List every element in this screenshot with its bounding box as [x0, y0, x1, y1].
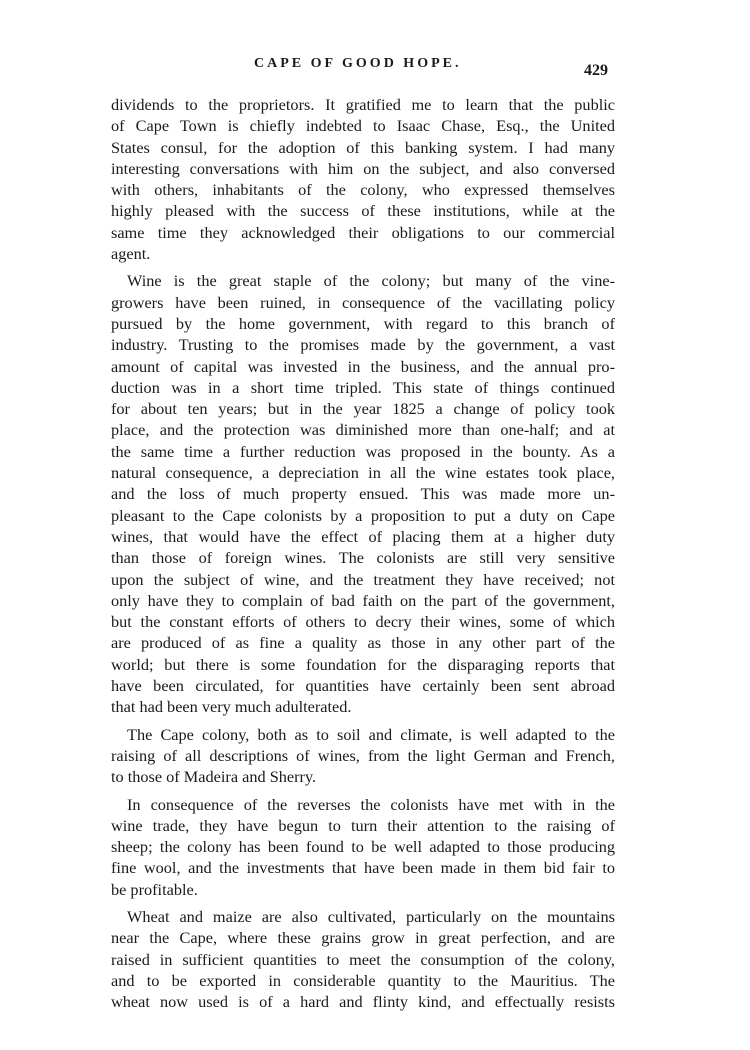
text-line: wines, that would have the effect of pla… [111, 526, 615, 547]
text-line: dividends to the proprietors. It gratifi… [111, 94, 615, 115]
paragraph: Wine is the great staple of the colony; … [111, 270, 615, 717]
text-line: have been circulated, for quantities hav… [111, 675, 615, 696]
text-line: agent. [111, 243, 615, 264]
book-page: CAPE OF GOOD HOPE. 429 dividends to the … [0, 0, 750, 1050]
body-text: dividends to the proprietors. It gratifi… [111, 94, 615, 1012]
text-line: near the Cape, where these grains grow i… [111, 927, 615, 948]
paragraph: In consequence of the reverses the colon… [111, 794, 615, 900]
text-line: amount of capital was invested in the bu… [111, 356, 615, 377]
text-line: upon the subject of wine, and the treatm… [111, 569, 615, 590]
text-line: highly pleased with the success of these… [111, 200, 615, 221]
text-line: In consequence of the reverses the colon… [111, 794, 615, 815]
text-line: but the constant efforts of others to de… [111, 611, 615, 632]
text-line: are produced of as fine a quality as tho… [111, 632, 615, 653]
text-line: place, and the protection was diminished… [111, 419, 615, 440]
text-line: and to be exported in considerable quant… [111, 970, 615, 991]
text-line: pursued by the home government, with reg… [111, 313, 615, 334]
paragraph: The Cape colony, both as to soil and cli… [111, 724, 615, 788]
text-line: than those of foreign wines. The colonis… [111, 547, 615, 568]
text-line: with others, inhabitants of the colony, … [111, 179, 615, 200]
text-line: duction was in a short time tripled. Thi… [111, 377, 615, 398]
text-line: Wheat and maize are also cultivated, par… [111, 906, 615, 927]
text-line: raising of all descriptions of wines, fr… [111, 745, 615, 766]
text-line: pleasant to the Cape colonists by a prop… [111, 505, 615, 526]
running-title: CAPE OF GOOD HOPE. [254, 56, 461, 72]
text-line: sheep; the colony has been found to be w… [111, 836, 615, 857]
text-line: growers have been ruined, in consequence… [111, 292, 615, 313]
text-line: interesting conversations with him on th… [111, 158, 615, 179]
page-header: CAPE OF GOOD HOPE. 429 [0, 56, 750, 80]
text-line: natural consequence, a depreciation in a… [111, 462, 615, 483]
text-line: only have they to complain of bad faith … [111, 590, 615, 611]
text-line: and the loss of much property ensued. Th… [111, 483, 615, 504]
text-line: for about ten years; but in the year 182… [111, 398, 615, 419]
text-line: world; but there is some foundation for … [111, 654, 615, 675]
text-line: to those of Madeira and Sherry. [111, 766, 615, 787]
text-line: be profitable. [111, 879, 615, 900]
paragraph: dividends to the proprietors. It gratifi… [111, 94, 615, 264]
text-line: wheat now used is of a hard and flinty k… [111, 991, 615, 1012]
text-line: The Cape colony, both as to soil and cli… [111, 724, 615, 745]
paragraph: Wheat and maize are also cultivated, par… [111, 906, 615, 1012]
text-line: fine wool, and the investments that have… [111, 857, 615, 878]
page-number: 429 [584, 62, 608, 80]
text-line: that had been very much adulterated. [111, 696, 615, 717]
text-line: of Cape Town is chiefly indebted to Isaa… [111, 115, 615, 136]
text-line: raised in sufficient quantities to meet … [111, 949, 615, 970]
text-line: States consul, for the adoption of this … [111, 137, 615, 158]
text-line: the same time a further reduction was pr… [111, 441, 615, 462]
text-line: industry. Trusting to the promises made … [111, 334, 615, 355]
text-line: Wine is the great staple of the colony; … [111, 270, 615, 291]
text-line: same time they acknowledged their obliga… [111, 222, 615, 243]
text-line: wine trade, they have begun to turn thei… [111, 815, 615, 836]
